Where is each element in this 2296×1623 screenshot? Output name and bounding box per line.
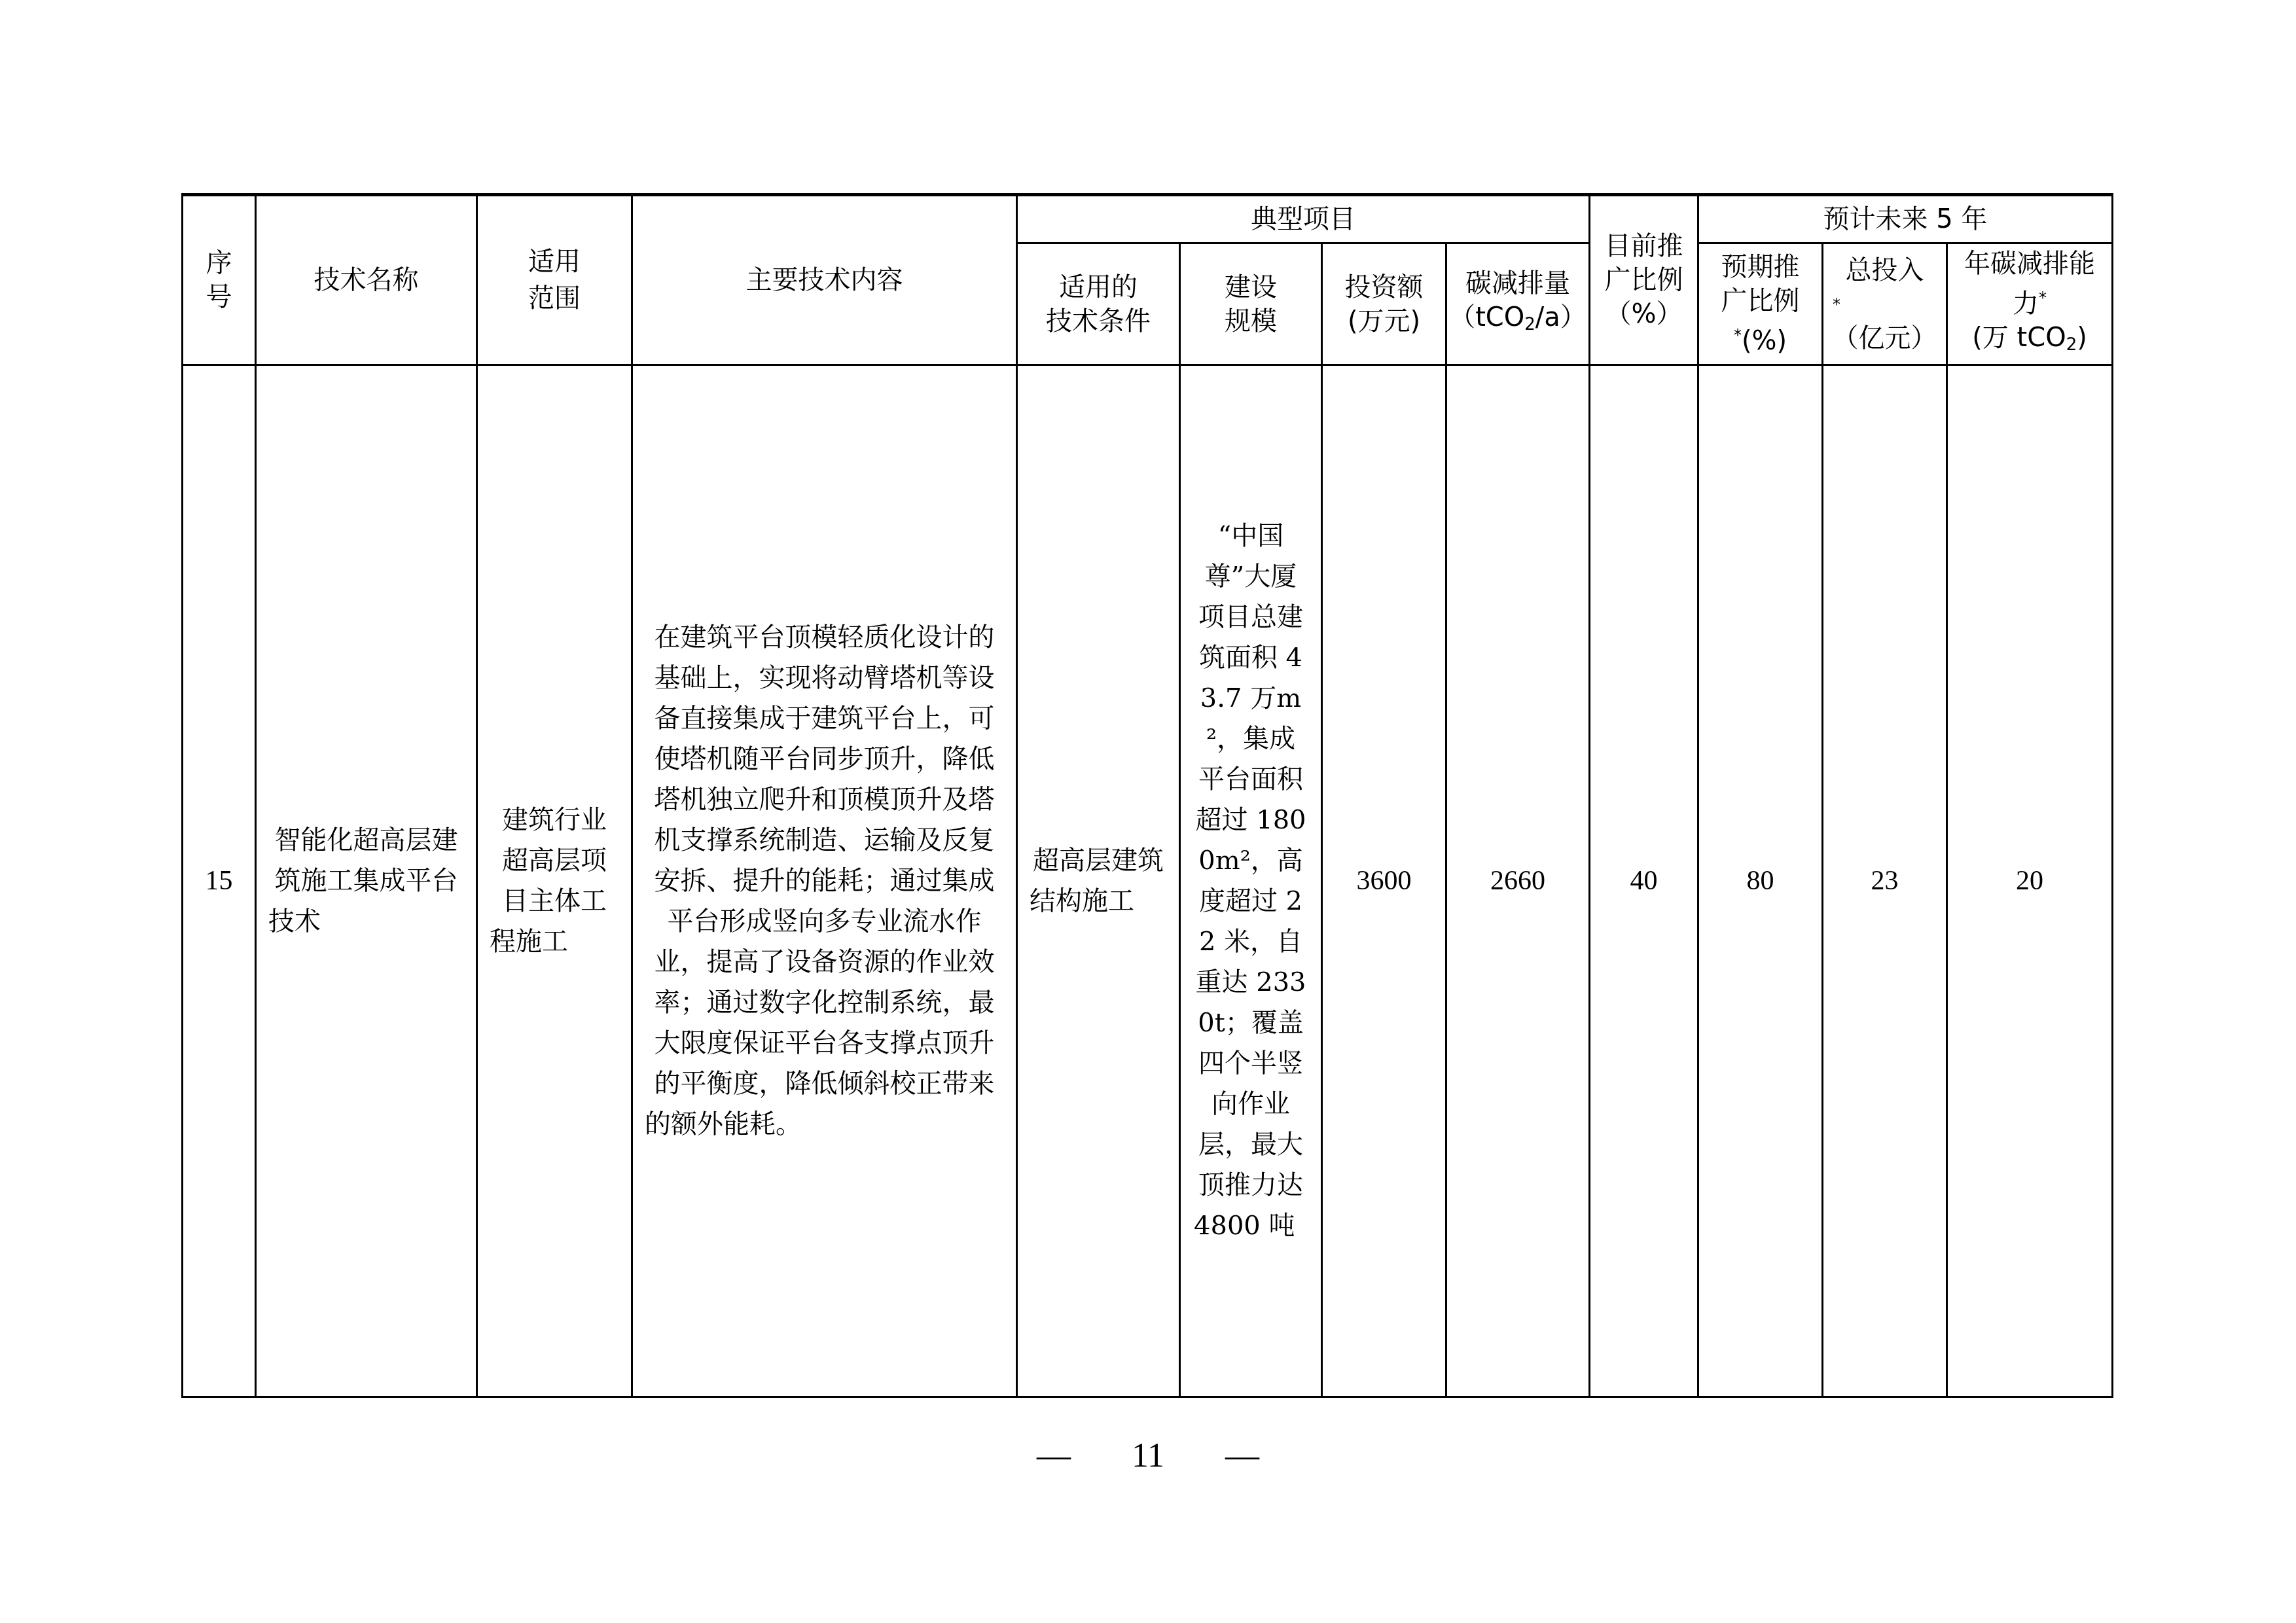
header-annual-carbon: 年碳减排能 力* (万 tCO2) xyxy=(1947,243,2113,365)
header-typical-project: 典型项目 xyxy=(1017,195,1590,243)
header-tech-condition: 适用的 技术条件 xyxy=(1017,243,1180,365)
cell-tech-name: 智能化超高层建筑施工集成平台技术 xyxy=(256,365,477,1397)
header-total-investment: 总投入 * （亿元） xyxy=(1823,243,1947,365)
header-tech-name: 技术名称 xyxy=(256,195,477,365)
cell-scope: 建筑行业超高层项目主体工程施工 xyxy=(477,365,632,1397)
header-seq: 序号 xyxy=(183,195,256,365)
cell-total-investment: 23 xyxy=(1823,365,1947,1397)
header-investment: 投资额 (万元) xyxy=(1322,243,1446,365)
header-scope: 适用 范围 xyxy=(477,195,632,365)
header-current-ratio: 目前推 广比例 （%） xyxy=(1590,195,1698,365)
cell-current-ratio: 40 xyxy=(1590,365,1698,1397)
cell-build-scale: “中国尊”大厦项目总建筑面积 43.7 万m²，集成平台面积超过 1800m²，… xyxy=(1180,365,1322,1397)
footer-dash-left: — xyxy=(1037,1436,1071,1475)
page-number-footer: — 11 — xyxy=(0,1436,2296,1475)
footer-dash-right: — xyxy=(1225,1436,1259,1475)
header-expected-ratio: 预期推 广比例 *(%) xyxy=(1698,243,1823,365)
header-carbon-reduction: 碳减排量 （tCO2/a） xyxy=(1446,243,1590,365)
cell-investment: 3600 xyxy=(1322,365,1446,1397)
header-main-content: 主要技术内容 xyxy=(632,195,1017,365)
cell-tech-condition: 超高层建筑结构施工 xyxy=(1017,365,1180,1397)
header-build-scale: 建设 规模 xyxy=(1180,243,1322,365)
header-future-5-years: 预计未来 5 年 xyxy=(1698,195,2113,243)
technology-table: 序号 技术名称 适用 范围 主要技术内容 典型项目 目前推 广比例 （%） 预计… xyxy=(181,193,2113,1398)
cell-main-content: 在建筑平台顶模轻质化设计的基础上，实现将动臂塔机等设备直接集成于建筑平台上，可使… xyxy=(632,365,1017,1397)
page-number: 11 xyxy=(1132,1436,1164,1475)
table-row: 15 智能化超高层建筑施工集成平台技术 建筑行业超高层项目主体工程施工 在建筑平… xyxy=(183,365,2113,1397)
cell-carbon-reduction: 2660 xyxy=(1446,365,1590,1397)
cell-seq: 15 xyxy=(183,365,256,1397)
cell-annual-carbon: 20 xyxy=(1947,365,2113,1397)
cell-expected-ratio: 80 xyxy=(1698,365,1823,1397)
